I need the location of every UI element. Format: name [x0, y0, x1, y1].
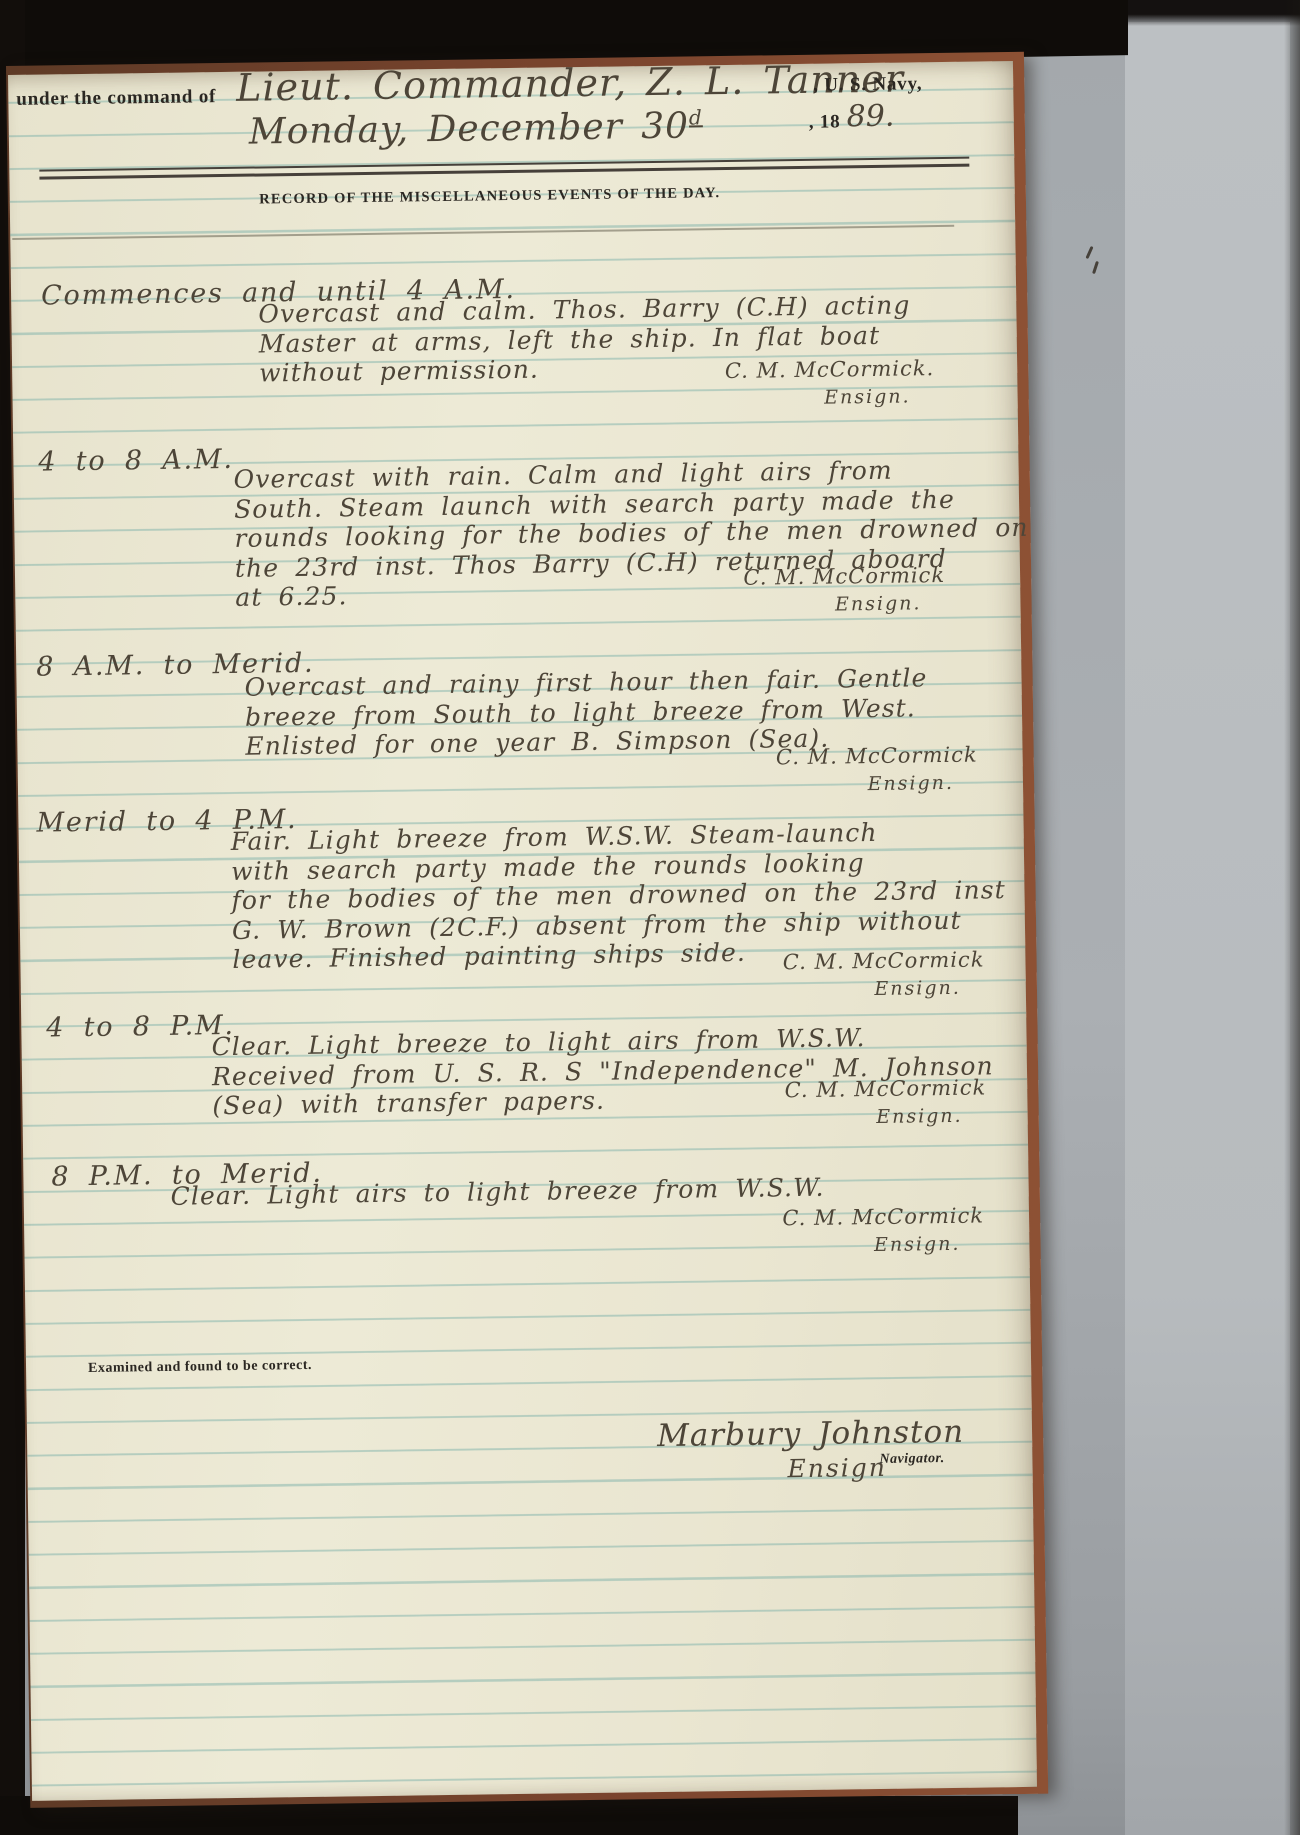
single-rule: [12, 225, 954, 240]
section-title: RECORD OF THE MISCELLANEOUS EVENTS OF TH…: [10, 182, 970, 212]
entry-signature: C. M. McCormick Ensign.: [784, 1074, 986, 1131]
commander-name-handwriting: Lieut. Commander, Z. L. Tanner: [236, 56, 904, 109]
examined-printed-text: Examined and found to be correct.: [88, 1358, 312, 1377]
signature-name: C. M. McCormick: [743, 562, 945, 591]
signature-rank: Ensign.: [785, 1103, 963, 1131]
signature-name: C. M. McCormick: [784, 1074, 986, 1103]
entry-signature: C. M. McCormick. Ensign.: [725, 355, 935, 412]
ink-mark: [1092, 261, 1099, 274]
signature-rank: Ensign.: [783, 975, 961, 1003]
signature-rank: Ensign.: [783, 1231, 961, 1259]
signature-rank: Ensign.: [725, 383, 911, 412]
signature-name: C. M. McCormick.: [725, 355, 935, 384]
scanned-logbook-photo: { "page": { "header": { "printed_prefix"…: [0, 0, 1300, 1835]
entry-signature: C. M. McCormick Ensign.: [776, 742, 978, 799]
logbook-page: under the command of Lieut. Commander, Z…: [8, 61, 1037, 1801]
double-rule: [39, 157, 969, 180]
ink-mark: [1085, 246, 1093, 259]
signature-name: C. M. McCormick: [782, 1202, 984, 1231]
scanner-background-strip: [1125, 22, 1290, 1835]
navigator-signature: Marbury Johnston: [657, 1414, 965, 1454]
navigator-rank-handwriting: Ensign: [787, 1453, 887, 1483]
year-handwriting: 89.: [846, 99, 894, 135]
printed-command-prefix: under the command of: [16, 86, 216, 111]
printed-year-prefix: , 18: [809, 111, 841, 133]
navigator-printed-label: Navigator.: [879, 1451, 944, 1468]
entry-signature: C. M. McCormick Ensign.: [782, 1202, 984, 1259]
log-entry-heading: 4 to 8 P.M.: [46, 1010, 235, 1044]
printed-us-navy: , U. S. Navy,: [813, 73, 922, 97]
signature-rank: Ensign.: [776, 770, 954, 798]
entry-signature: C. M. McCormick Ensign.: [743, 562, 945, 619]
signature-name: C. M. McCormick: [776, 742, 978, 771]
signature-rank: Ensign.: [744, 590, 922, 618]
date-handwriting: Monday, December 30d: [249, 105, 704, 152]
photo-right-shadow: [1284, 0, 1300, 1835]
log-entry-heading: 4 to 8 A.M.: [38, 444, 234, 478]
book-binding-top-right: [1128, 0, 1300, 26]
entry-signature: C. M. McCormick Ensign.: [783, 946, 985, 1003]
signature-name: C. M. McCormick: [783, 946, 985, 975]
date-ordinal: d: [689, 105, 703, 129]
date-text: Monday, December 30: [249, 105, 690, 152]
